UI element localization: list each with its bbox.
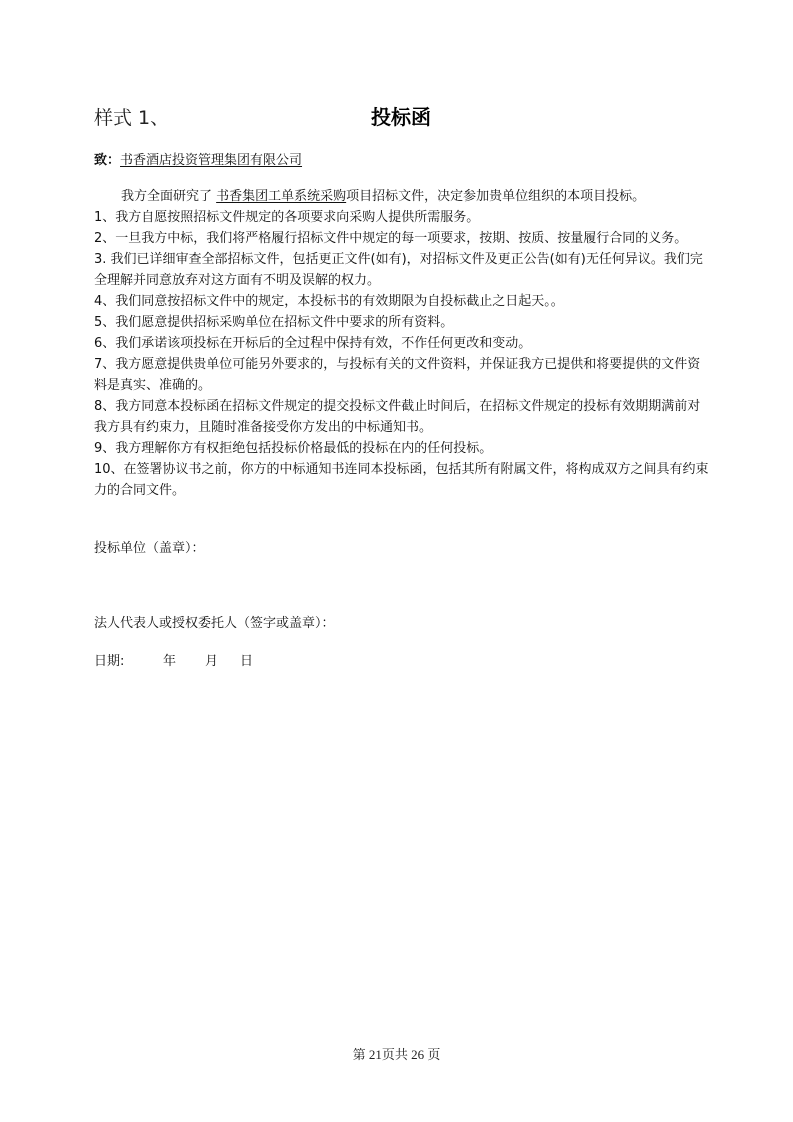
page-number: 第 21页共 26 页 (0, 1044, 793, 1063)
date-line: 日期:年月日 (94, 650, 253, 669)
date-label: 日期: (94, 650, 163, 669)
addressee-label: 致： (94, 153, 120, 168)
clause-4: 4、我们同意按招标文件中的规定，本投标书的有效期限为自投标截止之日起天。。 (94, 291, 709, 312)
project-name: 书香集团工单系统采购 (216, 189, 346, 204)
addressee-company: 书香酒店投资管理集团有限公司 (120, 153, 302, 168)
clause-1: 1、我方自愿按照招标文件规定的各项要求向采购人提供所需服务。 (94, 207, 709, 228)
letter-body: 我方全面研究了 书香集团工单系统采购项目招标文件，决定参加贵单位组织的本项目投标… (94, 186, 709, 501)
clause-10: 10、在签署协议书之前，你方的中标通知书连同本投标函，包括其所有附属文件，将构成… (94, 459, 709, 501)
clause-2: 2、一旦我方中标，我们将严格履行招标文件中规定的每一项要求，按期、按质、按量履行… (94, 228, 709, 249)
style-label: 样式 1、 (94, 103, 169, 130)
representative-signature-label: 法人代表人或授权委托人（签字或盖章）： (94, 612, 335, 631)
clause-6: 6、我们承诺该项投标在开标后的全过程中保持有效，不作任何更改和变动。 (94, 333, 709, 354)
bidder-seal-label: 投标单位（盖章）： (94, 537, 205, 556)
intro-suffix: 项目招标文件，决定参加贵单位组织的本项目投标。 (346, 189, 645, 204)
date-month: 月 (205, 650, 240, 669)
addressee-line: 致：书香酒店投资管理集团有限公司 (94, 149, 302, 168)
intro-prefix: 我方全面研究了 (121, 189, 216, 204)
clause-8: 8、我方同意本投标函在招标文件规定的提交投标文件截止时间后，在招标文件规定的投标… (94, 396, 709, 438)
date-year: 年 (163, 650, 205, 669)
clause-7: 7、我方愿意提供贵单位可能另外要求的，与投标有关的文件资料，并保证我方已提供和将… (94, 354, 709, 396)
document-title: 投标函 (371, 101, 431, 130)
intro-paragraph: 我方全面研究了 书香集团工单系统采购项目招标文件，决定参加贵单位组织的本项目投标… (94, 186, 709, 207)
clause-3: 3. 我们已详细审查全部招标文件，包括更正文件(如有)，对招标文件及更正公告(如… (94, 249, 709, 291)
clause-9: 9、我方理解你方有权拒绝包括投标价格最低的投标在内的任何投标。 (94, 438, 709, 459)
clause-5: 5、我们愿意提供招标采购单位在招标文件中要求的所有资料。 (94, 312, 709, 333)
date-day: 日 (240, 650, 253, 669)
document-page: 样式 1、 投标函 致：书香酒店投资管理集团有限公司 我方全面研究了 书香集团工… (0, 0, 793, 1122)
